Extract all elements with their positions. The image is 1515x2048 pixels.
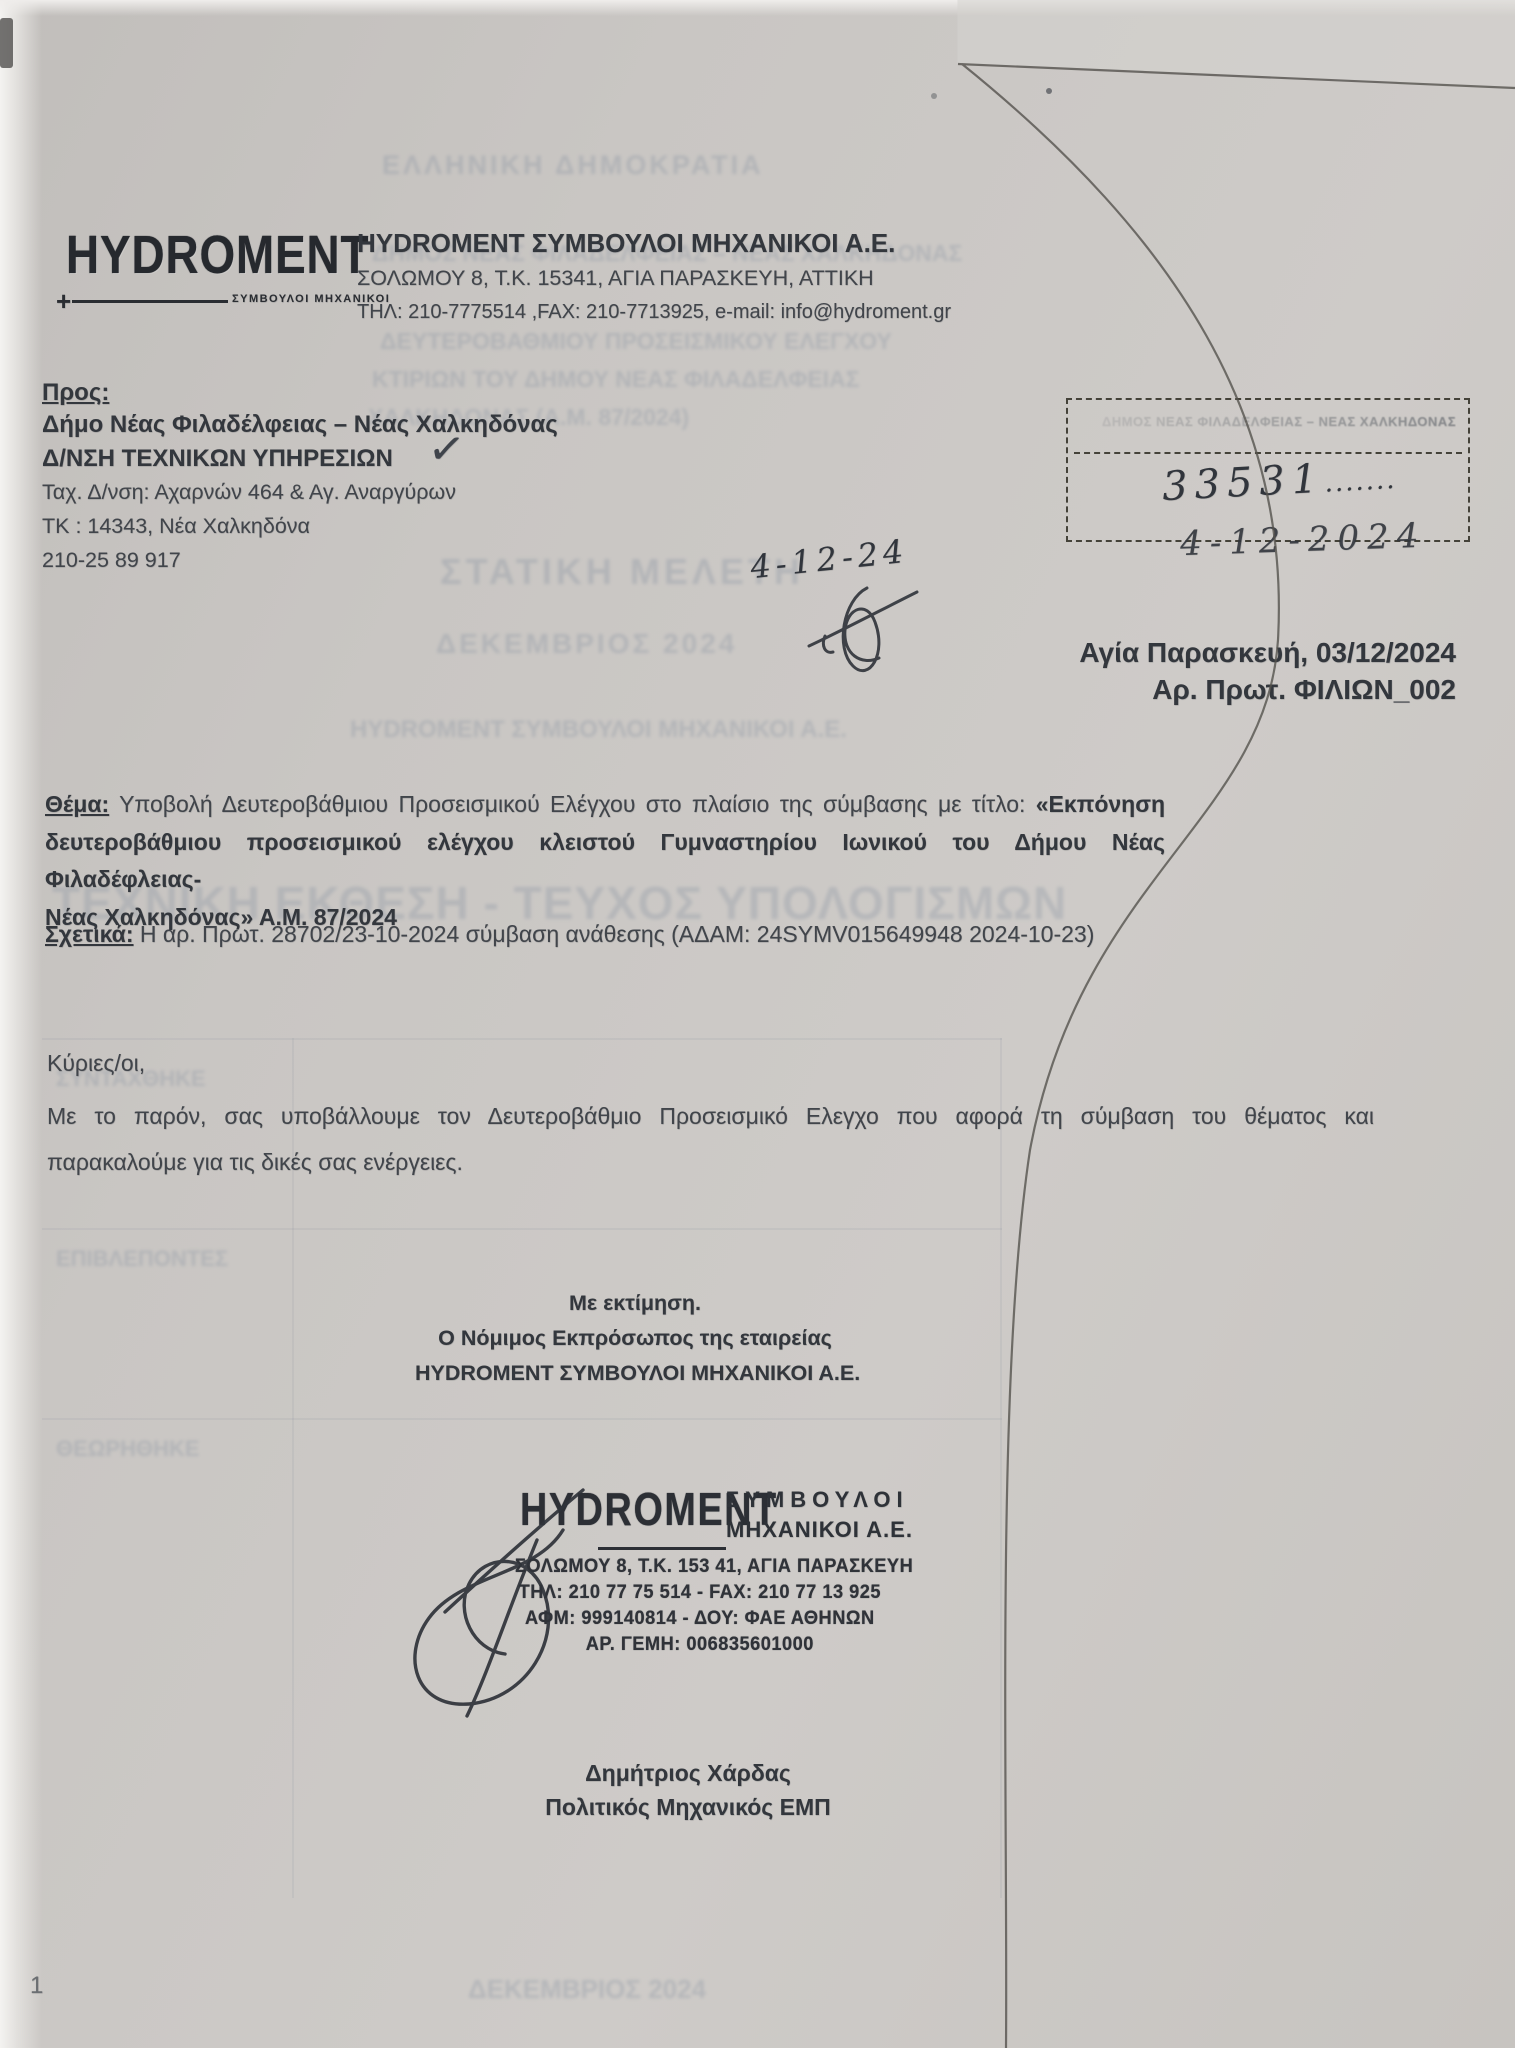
protocol-number: 33531 — [1161, 456, 1325, 510]
place-and-date: Αγία Παρασκευή, 03/12/2024 — [1000, 634, 1456, 671]
ghost-table-line — [42, 1418, 1002, 1420]
protocol-line: Αρ. Πρωτ. ΦΙΛΙΩΝ_002 — [1000, 671, 1456, 708]
stamp-phone-fax: ΤΗΛ: 210 77 75 514 - FAX: 210 77 13 925 — [515, 1582, 885, 1604]
ghost-text: ΔΕΚΕΜΒΡΙΟΣ 2024 — [436, 628, 737, 660]
scanned-letter-page: ΕΛΛΗΝΙΚΗ ΔΗΜΟΚΡΑΤΙΑ ΔΗΜΟΣ ΝΕΑΣ ΦΙΛΑΔΕΛΦΕ… — [0, 0, 1515, 2048]
recipient-label: Προς: — [42, 379, 109, 407]
recipient-line: 210-25 89 917 — [42, 548, 181, 573]
handwritten-date-note: 4-12-24 — [748, 532, 910, 586]
subject-paragraph: Θέμα: Υποβολή Δευτεροβάθμιου Προσεισμικο… — [45, 786, 1165, 936]
ghost-table-line — [42, 1228, 1002, 1230]
recipient-line: Δήμο Νέας Φιλαδέλφειας – Νέας Χαλκηδόνας — [42, 411, 558, 439]
ghost-text: HYDROMENT ΣΥΜΒΟΥΛΟΙ ΜΗΧΑΝΙΚΟΙ Α.Ε. — [350, 716, 847, 744]
page-number: 1 — [30, 1972, 43, 2000]
subject-title-start: «Εκπόνηση — [1036, 791, 1165, 817]
handwritten-checkmark-icon: ✓ — [425, 422, 468, 477]
stamp-logo-underline — [598, 1547, 726, 1550]
ghost-text: ΚΤΙΡΙΩΝ ΤΟΥ ΔΗΜΟΥ ΝΕΑΣ ΦΙΛΑΔΕΛΦΕΙΑΣ — [372, 366, 859, 393]
closing-representative: Ο Νόμιμος Εκπρόσωπος της εταιρείας — [415, 1321, 855, 1356]
ghost-table-line — [42, 1038, 1002, 1040]
letterhead-company-name: HYDROMENT ΣΥΜΒΟΥΛΟΙ ΜΗΧΑΝΙΚΟΙ Α.Ε. — [357, 228, 895, 259]
logo-underline — [72, 300, 228, 303]
stamp-afm-doy: ΑΦΜ: 999140814 - ΔΟΥ: ΦΑΕ ΑΘΗΝΩΝ — [515, 1608, 885, 1630]
signatory-title: Πολιτικός Μηχανικός ΕΜΠ — [472, 1790, 904, 1824]
signatory-name: Δημήτριος Χάρδας — [472, 1756, 904, 1790]
date-block: Αγία Παρασκευή, 03/12/2024 Αρ. Πρωτ. ΦΙΛ… — [1000, 634, 1456, 708]
received-stamp-divider — [1074, 452, 1462, 454]
closing-block: Με εκτίμηση. Ο Νόμιμος Εκπρόσωπος της ετ… — [415, 1286, 855, 1391]
stamp-gemi: ΑΡ. ΓΕΜΗ: 006835601000 — [515, 1634, 885, 1656]
subject-line: δευτεροβάθμιου προσεισμικού ελέγχου κλει… — [45, 824, 1165, 899]
subject-line: Θέμα: Υποβολή Δευτεροβάθμιου Προσεισμικο… — [45, 786, 1165, 824]
received-stamp-header: ΔΗΜΟΣ ΝΕΑΣ ΦΙΛΑΔΕΛΦΕΙΑΣ – ΝΕΑΣ ΧΑΛΚΗΔΟΝΑ… — [1078, 414, 1456, 429]
body-line: Με το παρόν, σας υποβάλλουμε τον Δευτερο… — [47, 1093, 1374, 1139]
subject-label: Θέμα: — [45, 791, 109, 817]
scan-dot — [1046, 88, 1052, 94]
company-logo: HYDROMENT — [66, 224, 369, 286]
scan-artifact-smudge — [0, 18, 13, 68]
scan-dot — [931, 93, 937, 99]
stamp-tagline-2: ΜΗΧΑΝΙΚΟΙ Α.Ε. — [726, 1517, 913, 1543]
ghost-text: ΔΕΥΤΕΡΟΒΑΘΜΙΟΥ ΠΡΟΣΕΙΣΜΙΚΟΥ ΕΛΕΓΧΟΥ — [380, 328, 892, 355]
recipient-line: ΤΚ : 14343, Νέα Χαλκηδόνα — [42, 514, 310, 539]
logo-arrow-icon: + — [56, 286, 71, 317]
body-line: παρακαλούμε για τις δικές σας ενέργειες. — [47, 1139, 1374, 1185]
subject-intro: Υποβολή Δευτεροβάθμιου Προσεισμικού Ελέγ… — [119, 791, 1025, 817]
scan-edge-left — [0, 0, 42, 2048]
ghost-text: ΔΕΚΕΜΒΡΙΟΣ 2024 — [468, 1974, 706, 2005]
ghost-text: ΕΠΙΒΛΕΠΟΝΤΕΣ — [56, 1246, 228, 1272]
initials-signature — [795, 570, 930, 690]
signatory-block: Δημήτριος Χάρδας Πολιτικός Μηχανικός ΕΜΠ — [472, 1756, 904, 1824]
reference-text: Η αρ. Πρωτ. 28702/23-10-2024 σύμβαση ανά… — [140, 921, 1095, 947]
closing-regards: Με εκτίμηση. — [415, 1286, 855, 1321]
handwritten-stamp-date: 4-12-2024 — [1179, 516, 1427, 565]
stamp-tagline-1: ΣΥΜΒΟΥΛΟΙ — [726, 1487, 909, 1513]
salutation: Κύριες/οι, — [47, 1050, 145, 1077]
recipient-line: Ταχ. Δ/νση: Αχαρνών 464 & Αγ. Αναργύρων — [42, 480, 456, 505]
ghost-text: ΘΕΩΡΗΘΗΚΕ — [56, 1436, 200, 1462]
reference-label: Σχετικά: — [45, 921, 133, 947]
ghost-text: ΕΛΛΗΝΙΚΗ ΔΗΜΟΚΡΑΤΙΑ — [382, 150, 764, 181]
closing-company: HYDROMENT ΣΥΜΒΟΥΛΟΙ ΜΗΧΑΝΙΚΟΙ Α.Ε. — [415, 1356, 855, 1391]
body-paragraph: Με το παρόν, σας υποβάλλουμε τον Δευτερο… — [47, 1093, 1374, 1185]
protocol-number-dots: ....... — [1324, 465, 1397, 499]
letterhead-contact: ΤΗΛ: 210-7775514 ,FAX: 210-7713925, e-ma… — [357, 301, 951, 324]
reference-line: Σχετικά: Η αρ. Πρωτ. 28702/23-10-2024 σύ… — [45, 921, 1094, 948]
recipient-line: Δ/ΝΣΗ ΤΕΧΝΙΚΩΝ ΥΠΗΡΕΣΙΩΝ — [42, 445, 393, 473]
stamp-address: ΣΟΛΩΜΟΥ 8, Τ.Κ. 153 41, ΑΓΙΑ ΠΑΡΑΣΚΕΥΗ — [515, 1556, 885, 1578]
letterhead-address: ΣΟΛΩΜΟΥ 8, Τ.Κ. 15341, ΑΓΙΑ ΠΑΡΑΣΚΕΥΗ, Α… — [357, 266, 874, 291]
